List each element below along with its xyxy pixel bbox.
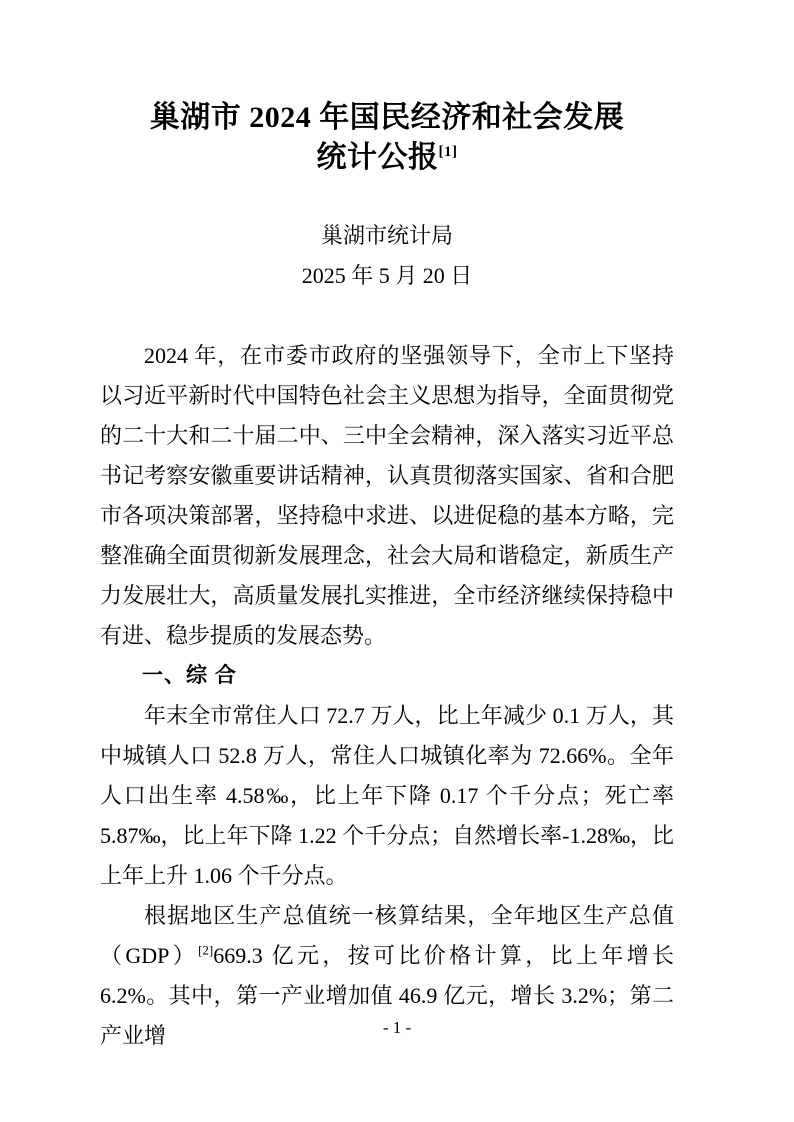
byline: 巢湖市统计局 2025 年 5 月 20 日 <box>100 216 674 296</box>
paragraph-population: 年末全市常住人口 72.7 万人，比上年减少 0.1 万人，其中城镇人口 52.… <box>100 696 674 896</box>
gdp-footnote-ref: [2] <box>198 943 213 958</box>
document-body: 2024 年，在市委市政府的坚强领导下，全市上下坚持以习近平新时代中国特色社会主… <box>100 336 674 1056</box>
page-number: - 1 - <box>0 1016 794 1040</box>
byline-organization: 巢湖市统计局 <box>100 216 674 256</box>
document-title: 巢湖市 2024 年国民经济和社会发展 统计公报[1] <box>100 0 674 178</box>
document-page: 巢湖市 2024 年国民经济和社会发展 统计公报[1] 巢湖市统计局 2025 … <box>0 0 794 1122</box>
section-heading-1: 一、综 合 <box>100 656 674 696</box>
paragraph-intro: 2024 年，在市委市政府的坚强领导下，全市上下坚持以习近平新时代中国特色社会主… <box>100 336 674 656</box>
document-title-line1: 巢湖市 2024 年国民经济和社会发展 <box>150 101 625 134</box>
title-footnote-ref: [1] <box>439 144 458 160</box>
byline-date: 2025 年 5 月 20 日 <box>100 256 674 296</box>
document-title-line2: 统计公报 <box>317 141 439 174</box>
document-content: 巢湖市 2024 年国民经济和社会发展 统计公报[1] 巢湖市统计局 2025 … <box>100 0 674 1056</box>
